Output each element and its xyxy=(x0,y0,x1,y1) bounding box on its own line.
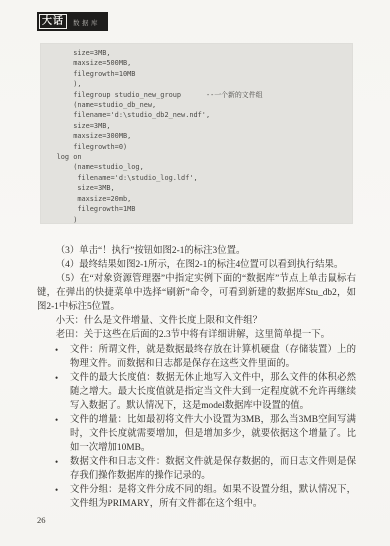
bullet-icon: • xyxy=(55,343,58,357)
dialog-laotian: 老田：关于这些在后面的2.3节中将有详细讲解，这里简单提一下。 xyxy=(37,328,356,342)
list-item-text: 文件：所谓文件，就是数据最终存放在计算机硬盘（存储装置）上的物理文件。而数据和日… xyxy=(70,345,356,369)
book-page: 大话 数据库 size=3MB, maxsize=500MB, filegrow… xyxy=(0,0,390,546)
brand-logo-subtitle: 数据库 xyxy=(73,18,100,27)
definition-list: • 文件：所谓文件，就是数据最终存放在计算机硬盘（存储装置）上的物理文件。而数据… xyxy=(37,343,356,511)
list-item: • 文件：所谓文件，就是数据最终存放在计算机硬盘（存储装置）上的物理文件。而数据… xyxy=(37,343,356,371)
list-item-text: 文件的最大长度值：数据无休止地写入文件中，那么文件的体积必然随之增大。最大长度值… xyxy=(70,373,356,411)
bullet-icon: • xyxy=(55,413,58,427)
list-item-text: 文件的增量：比如最初将文件大小设置为3MB，那么当3MB空间写满时，文件长度就需… xyxy=(70,415,356,453)
sql-code-block: size=3MB, maxsize=500MB, filegrowth=10MB… xyxy=(40,43,353,224)
list-item-text: 文件分组：是将文件分成不同的组。如果不设置分组，默认情况下，文件组为PRIMAR… xyxy=(70,485,356,509)
bullet-icon: • xyxy=(55,371,58,385)
list-item: • 数据文件和日志文件：数据文件就是保存数据的，而日志文件则是保存我们操作数据库… xyxy=(37,455,356,483)
list-item: • 文件的最大长度值：数据无休止地写入文件中，那么文件的体积必然随之增大。最大长… xyxy=(37,371,356,413)
bullet-icon: • xyxy=(55,455,58,469)
step-5-paragraph: （5）在“对象资源管理器”中指定实例下面的“数据库”节点上单击鼠标右键，在弹出的… xyxy=(37,272,356,314)
page-number: 26 xyxy=(37,515,46,525)
bullet-icon: • xyxy=(55,483,58,497)
dialog-xiaotian: 小天：什么是文件增量、文件长度上限和文件组？ xyxy=(37,314,356,328)
sql-code-text: size=3MB, maxsize=500MB, filegrowth=10MB… xyxy=(40,43,353,225)
book-brand-logo: 大话 数据库 xyxy=(37,12,108,31)
body-text: （3）单击“！执行”按钮如图2-1的标注3位置。 （4）最终结果如图2-1所示，… xyxy=(37,244,356,511)
step-3-paragraph: （3）单击“！执行”按钮如图2-1的标注3位置。 xyxy=(37,244,356,258)
list-item: • 文件分组：是将文件分成不同的组。如果不设置分组，默认情况下，文件组为PRIM… xyxy=(37,483,356,511)
step-4-paragraph: （4）最终结果如图2-1所示，在图2-1的标注4位置可以看到执行结果。 xyxy=(37,258,356,272)
list-item: • 文件的增量：比如最初将文件大小设置为3MB，那么当3MB空间写满时，文件长度… xyxy=(37,413,356,455)
list-item-text: 数据文件和日志文件：数据文件就是保存数据的，而日志文件则是保存我们操作数据库的操… xyxy=(70,457,356,481)
brand-logo-text: 大话 xyxy=(39,14,67,29)
